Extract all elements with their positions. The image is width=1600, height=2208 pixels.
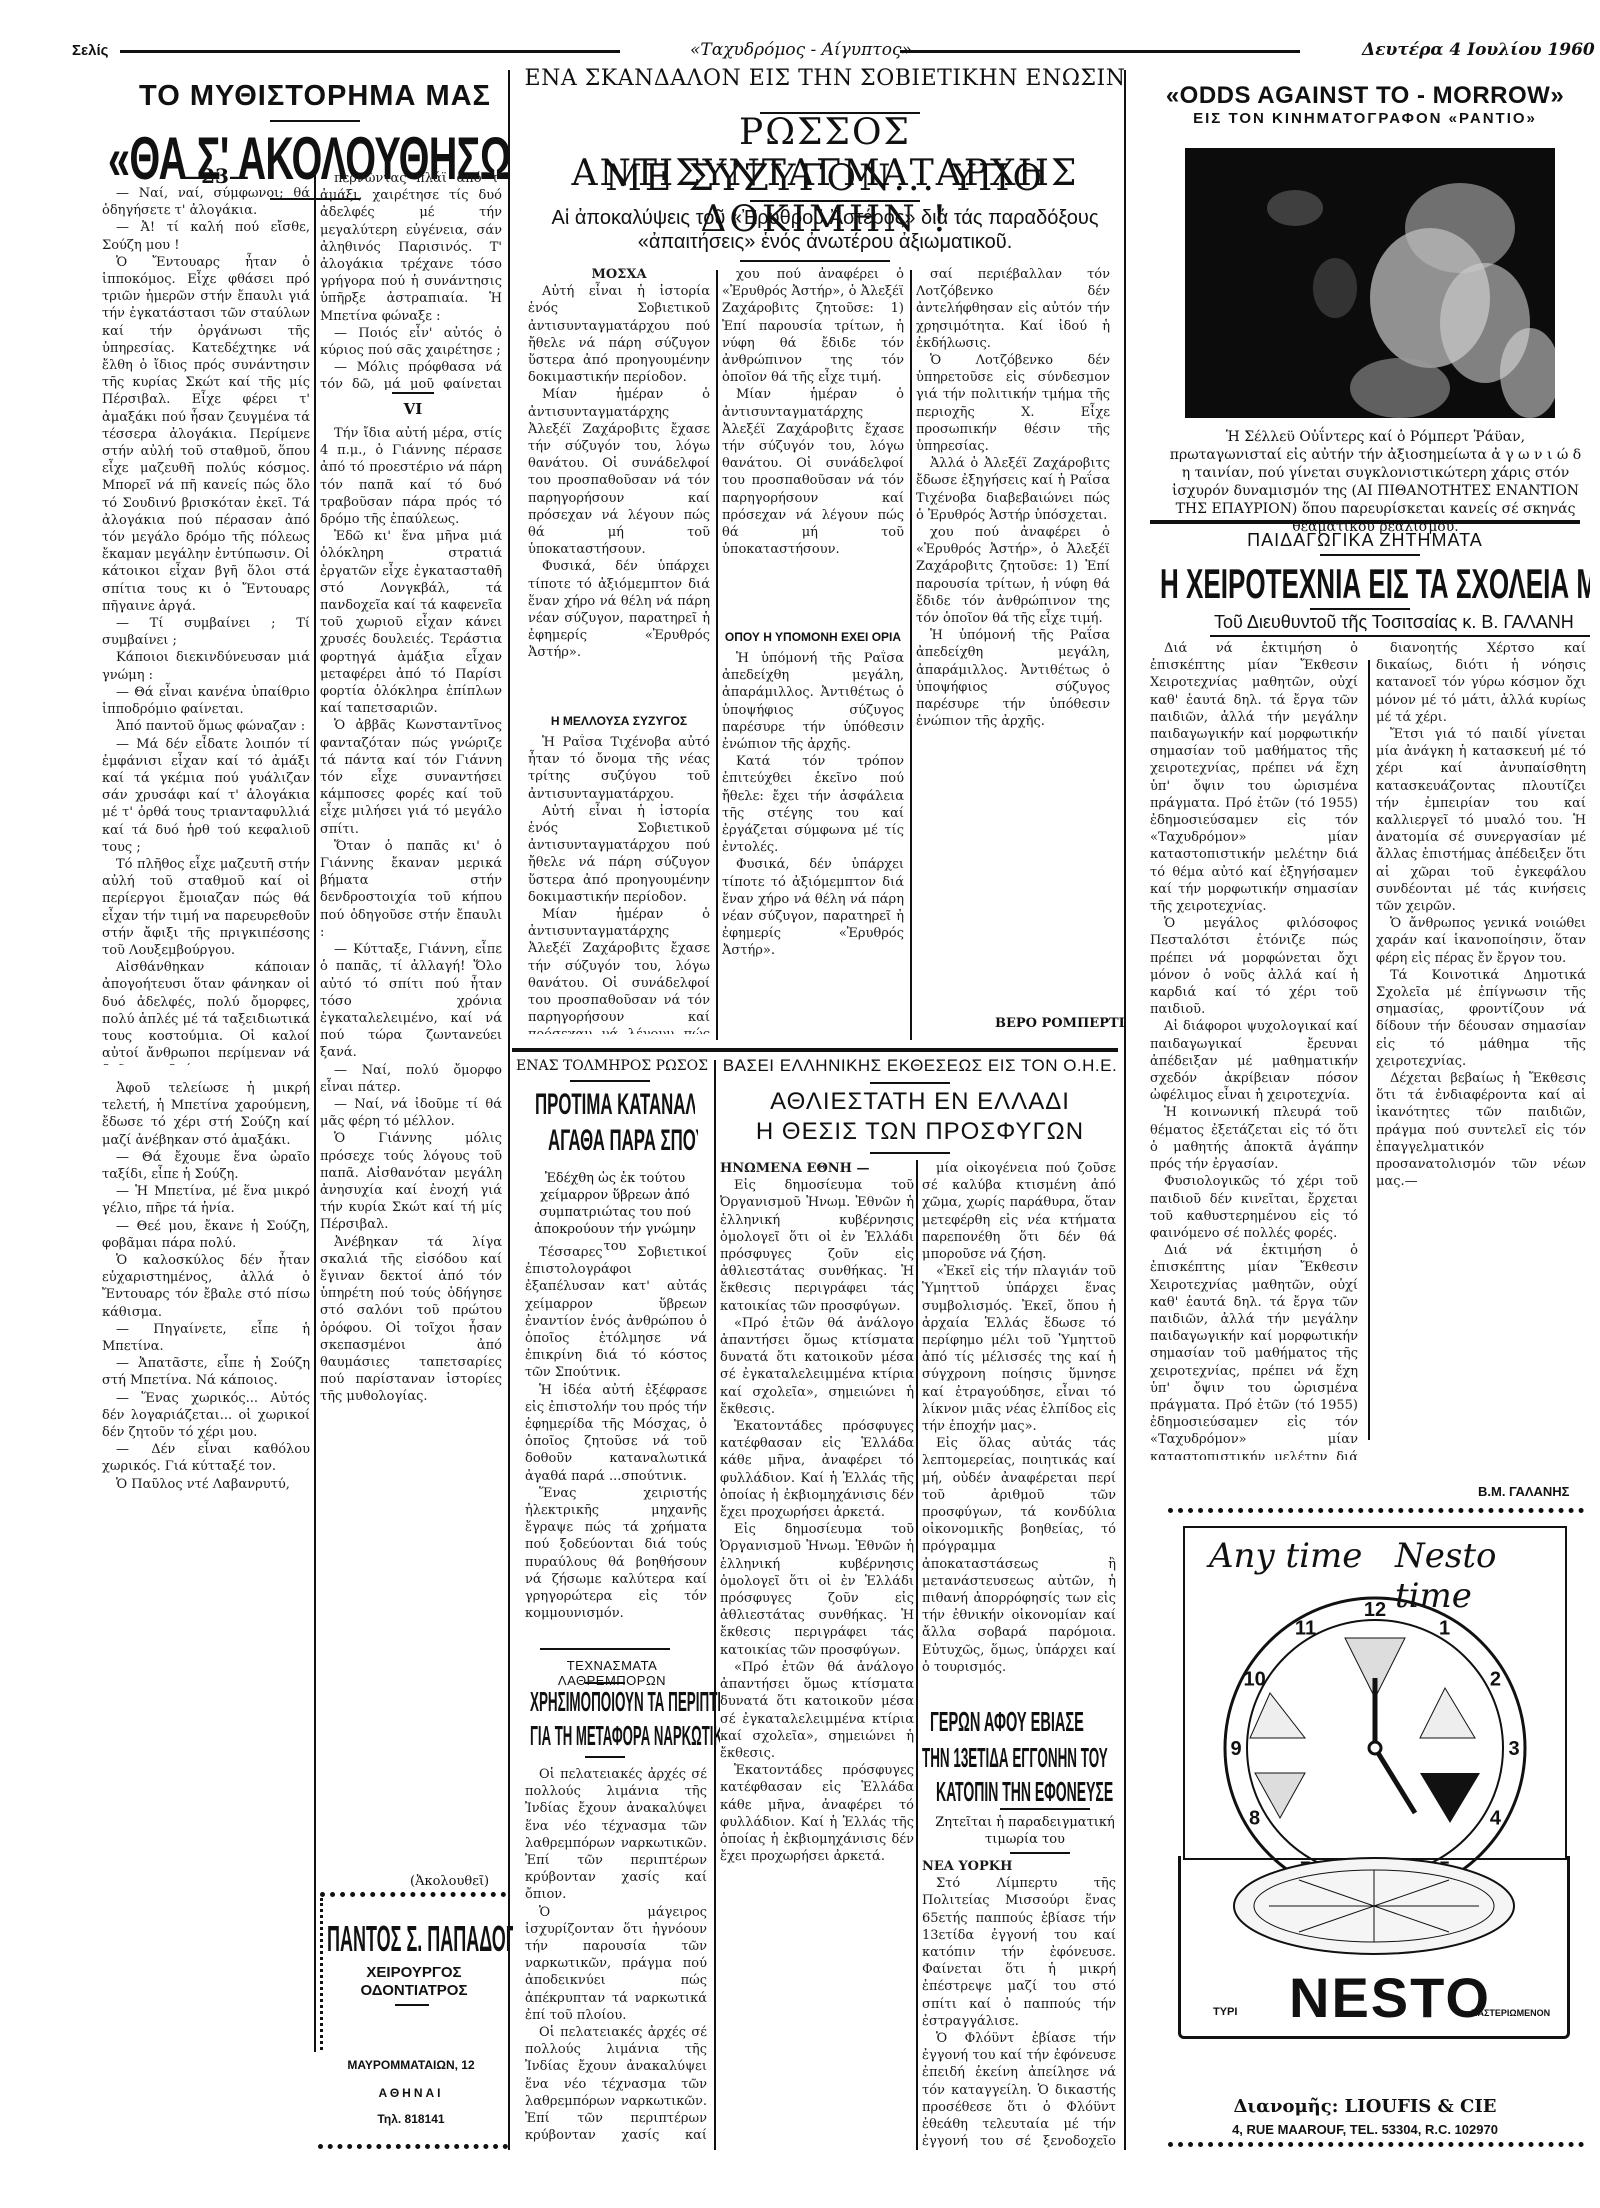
refugees-column-1: ΗΝΩΜΕΝΑ ΕΘΝΗ — Εἰς δημοσίευμα τοῦ Ὀργανι… <box>720 1160 914 2145</box>
clock-number: 2 <box>1490 1669 1501 1691</box>
grandfather-deck: Ζητεῖται ἡ παραδειγματική τιμωρία του <box>930 1814 1120 1848</box>
soviet-subheading-2: ΟΠΟΥ Η ΥΠΟΜΟΝΗ ΕΧΕΙ ΟΡΙΑ <box>722 630 904 644</box>
chapter-rule <box>392 392 434 394</box>
narcotics-paragraph: Ὁ μάγειρος ἰσχυρίζονταν ὅτι ἠγνόουν τήν … <box>525 1904 707 2024</box>
soviet-subhead: Αἱ ἀποκαλύψεις τοῦ «Ἐρυθροῦ Ἀστέρος» διά… <box>520 206 1130 254</box>
soviet-paragraph: Ἡ ὑπόμονή τῆς Ραΐσα ἀπεδείχθη μεγάλη, ἀπ… <box>916 627 1110 730</box>
soviet-column-1b: Ἡ Ραΐσα Τιχένοβα αὐτό ἦταν τό ὄνομα τῆς … <box>528 734 710 1034</box>
clock-face-icon: 121234567891011 <box>1215 1588 1535 1888</box>
sputnik-body: Τέσσαρες Σοβιετικοί ἐπιστολογράφοι ἐξαπέ… <box>525 1244 707 1636</box>
education-byline: Τοῦ Διευθυντοῦ τῆς Τοσιτσαίας κ. Β. ΓΑΛΑ… <box>1214 612 1574 633</box>
clock-number: 8 <box>1249 1808 1260 1830</box>
soviet-paragraph: Φυσικά, δέν ὑπάρχει τίποτε τό ἀξιόμεμπτο… <box>528 558 710 661</box>
novel-column-divider <box>314 172 316 2052</box>
soviet-paragraph: Αὐτή εἶναι ἡ ἱστορία ἑνός Σοβιετικοῦ ἀντ… <box>528 803 710 906</box>
grandfather-body: ΝΕΑ ΥΟΡΚΗ Στό Λίμπερτυ τῆς Πολιτείας Μισ… <box>922 1858 1116 2148</box>
chapter-number: VI <box>380 400 446 418</box>
soviet-paragraph: σαί περιέβαλλαν τόν Λοτζόβενκο δέν ἀντελ… <box>916 266 1110 352</box>
refugees-kicker: ΒΑΣΕΙ ΕΛΛΗΝΙΚΗΣ ΕΚΘΕΣΕΩΣ ΕΙΣ ΤΟΝ Ο.Η.Ε. <box>720 1056 1120 1076</box>
refugees-paragraph: Εἰς δημοσίευμα τοῦ Ὀργανισμοῦ Ἡνωμ. Ἐθνῶ… <box>720 1177 914 1315</box>
education-paragraph: Ὁ μεγάλος φιλόσοφος Πεσταλότσι ἐτόνιζε π… <box>1150 915 1358 1018</box>
soviet-paragraph: Ἡ Ραΐσα Τιχένοβα αὐτό ἦταν τό ὄνομα τῆς … <box>528 734 710 803</box>
refugees-paragraph: Ἑκατοντάδες πρόσφυγες κατέφθασαν εἰς Ἑλλ… <box>720 1418 914 1521</box>
soviet-divider-2 <box>910 270 912 1040</box>
novel-paragraph: — Τί συμβαίνει ; Τί συμβαίνει ; <box>102 615 310 649</box>
nesto-label-right: ΠΑΣΤΕΡΙΩΜΕΝΟΝ <box>1471 2008 1550 2018</box>
soviet-kicker: ΕΝΑ ΣΚΑΝΔΑΛΟΝ ΕΙΣ ΤΗΝ ΣΟΒΙΕΤΙΚΗΝ ΕΝΩΣΙΝ <box>515 66 1135 91</box>
narcotics-headline-2: ΓΙΑ ΤΗ ΜΕΤΑΦΟΡΑ ΝΑΡΚΩΤΙΚΩΝ <box>530 1720 619 1752</box>
refugees-column-2: μία οἰκογένεια πού ζοῦσε σέ καλύβα κτισμ… <box>922 1160 1116 1690</box>
right-section-divider <box>1124 70 1126 2150</box>
education-headline: Η ΧΕΙΡΟΤΕΧΝΙΑ ΕΙΣ ΤΑ ΣΧΟΛΕΙΑ ΜΑΣ <box>1160 560 1427 608</box>
education-divider <box>1368 660 1370 1440</box>
center-lower-divider <box>714 1060 716 2150</box>
novel-paragraph: — Θά εἶναι κανένα ὑπαίθριο ἱπποδρόμιο φα… <box>102 684 310 718</box>
sputnik-deck: Ἐδέχθη ὡς ἐκ τούτου χείμαρρον ὕβρεων ἀπό… <box>525 1170 705 1255</box>
soviet-paragraph: Μίαν ἡμέραν ὁ ἀντισυνταγματάρχης Ἀλεξέϊ … <box>528 906 710 1034</box>
refugees-dateline: ΗΝΩΜΕΝΑ ΕΘΝΗ — <box>720 1160 914 1177</box>
left-section-divider <box>508 70 510 2150</box>
education-column-1: Διά νά ἐκτιμήση ὁ ἐπισκέπτης μίαν Ἔκθεσι… <box>1150 640 1358 1460</box>
novel-kicker-rule <box>270 120 360 122</box>
novel-paragraph: Ἀνέβηκαν τά λίγα σκαλιά τῆς εἰσόδου καί … <box>320 1234 502 1406</box>
novel-paragraph: Ἀπό παντοῦ ὅμως φώναζαν : <box>102 718 310 735</box>
education-paragraph: Φυσιολογικῶς τό χέρι τοῦ παιδιοῦ δέν κιν… <box>1150 1173 1358 1242</box>
novel-paragraph: Ὁ ἀββᾶς Κωνσταντῖνος φανταζόταν πώς γνώρ… <box>320 717 502 837</box>
clock-number: 11 <box>1295 1618 1316 1640</box>
dentist-phone: Τηλ. 818141 <box>320 2112 502 2126</box>
film-still-image <box>1185 148 1555 418</box>
grandfather-headline-2: ΤΗΝ 13ΕΤΙΔΑ ΕΓΓΟΝΗΝ ΤΟΥ <box>922 1742 1016 1774</box>
soviet-dateline: ΜΟΣΧΑ <box>528 266 710 283</box>
soviet-paragraph: Αὐτή εἶναι ἡ ἱστορία ἑνός Σοβιετικοῦ ἀντ… <box>528 283 710 386</box>
sputnik-headline-1: ΠΡΟΤΙΜΑ ΚΑΤΑΝΑΛΩΤΙΚΑ <box>535 1088 625 1122</box>
masthead-rule-left <box>120 50 620 53</box>
sputnik-headline-2: ΑΓΑΘΑ ΠΑΡΑ ΣΠΟΥΤΝΙΚ <box>548 1124 632 1158</box>
narcotics-paragraph: Οἱ πελατειακές ἀρχές σέ πολλούς λιμάνια … <box>525 2024 707 2144</box>
page-date: Δευτέρα 4 Ιουλίου 1960 <box>1362 40 1595 60</box>
novel-paragraph: — Ἕνας χωρικός... Αὐτός δέν λογαριάζεται… <box>102 1390 310 1442</box>
novel-paragraph: Αἰσθάνθηκαν κάποιαν ἀπογοήτευσι ὅταν φάν… <box>102 959 310 1065</box>
novel-paragraph: Ἀφοῦ τελείωσε ἡ μικρή τελετή, ἡ Μπετίνα … <box>102 1080 310 1149</box>
dentist-address: ΜΑΥΡΟΜΜΑΤΑΙΩΝ, 12 <box>320 2058 502 2072</box>
dentist-ad-bottom-border <box>318 2144 508 2149</box>
page-marker: Σελίς <box>72 42 108 59</box>
refugees-paragraph: Εἰς ὅλας αὐτάς τάς λεπτομερείας, ποιητικ… <box>922 1435 1116 1676</box>
cinema-bottom-rule <box>1150 520 1580 524</box>
novel-paragraph: — Μόλις πρόφθασα νά τόν δῶ, μά μοῦ φαίνε… <box>320 359 502 390</box>
clock-number: 3 <box>1508 1738 1519 1760</box>
refugees-paragraph: Ἑκατοντάδες πρόσφυγες κατέφθασαν εἰς Ἑλλ… <box>720 1762 914 1865</box>
soviet-paragraph: Ἀλλά ὁ Ἀλεξέϊ Ζαχάροβιτς ἔδωσε ἐξηγήσεις… <box>916 455 1110 524</box>
narcotics-paragraph: Οἱ πελατειακές ἀρχές σέ πολλούς λιμάνια … <box>525 1766 707 1904</box>
soviet-byline: ΒΕΡΟ ΡΟΜΠΕΡΤΙ <box>995 1016 1125 1031</box>
dentist-city: ΑΘΗΝΑΙ <box>320 2086 502 2100</box>
novel-paragraph: Τήν ἴδια αὐτή μέρα, στίς 4 π.μ., ὁ Γιάνν… <box>320 425 502 528</box>
soviet-paragraph: Κατά τόν τρόπον ἐπιτεύχθει ἐκεῖνο πού ἤθ… <box>722 753 904 856</box>
grandfather-headline-3: ΚΑΤΟΠΙΝ ΤΗΝ ΕΦΟΝΕΥΣΕ <box>936 1776 1028 1808</box>
nesto-cheese-box: ΤΥΡΙ NESTO ΠΑΣΤΕΡΙΩΜΕΝΟΝ <box>1178 1856 1570 2039</box>
grandfather-paragraph: Ὁ Φλόϋντ ἐβίασε τήν ἐγγονή του καί τήν ἐ… <box>922 2030 1116 2148</box>
cheese-portions-icon <box>1229 1856 1519 1966</box>
novel-paragraph: περνῶντας πλάϊ ἀπό τ' ἀμάξι, χαιρέτησε τ… <box>320 170 502 325</box>
soviet-column-1: ΜΟΣΧΑ Αὐτή εἶναι ἡ ἱστορία ἑνός Σοβιετικ… <box>528 266 710 706</box>
refugees-paragraph: «Πρό ἐτῶν θά ἀνάλογο ἀπαντήσει ὅμως κτίσ… <box>720 1659 914 1762</box>
soviet-column-2: χου πού ἀναφέρει ὁ «Ἐρυθρός Ἀστήρ», ὁ Ἀλ… <box>722 266 904 626</box>
novel-column-1b: Ἀφοῦ τελείωσε ἡ μικρή τελετή, ἡ Μπετίνα … <box>102 1080 310 2060</box>
education-paragraph: Αἱ διάφοροι ψυχολογικαί καί παιδαγωγικαί… <box>1150 1018 1358 1104</box>
education-paragraph: Τά Κοινοτικά Δημοτικά Σχολεῖα μέ ἐπίγνωσ… <box>1376 967 1586 1070</box>
novel-paragraph: Ἐδῶ κι' ἕνα μῆνα μιά ὁλόκληρη στρατιά ἐρ… <box>320 528 502 717</box>
novel-paragraph: Κάποιοι διεκινδύνευσαν μιά γνώμη : <box>102 649 310 683</box>
novel-paragraph: Ὁ Ἔντουαρς ἦταν ὁ ἱπποκόμος. Εἶχε φθάσει… <box>102 254 310 615</box>
soviet-column-3: σαί περιέβαλλαν τόν Λοτζόβενκο δέν ἀντελ… <box>916 266 1110 996</box>
novel-paragraph: Ὁ καλοσκύλος δέν ἦταν εὐχαριστημένος, ἀλ… <box>102 1252 310 1321</box>
education-column-2: διανοητής Χέρτσο καί δικαίως, διότι ἡ νό… <box>1376 640 1586 1400</box>
grandfather-paragraph: Στό Λίμπερτυ τῆς Πολιτείας Μισσούρι ἕνας… <box>922 1875 1116 2030</box>
refugees-paragraph: μία οἰκογένεια πού ζοῦσε σέ καλύβα κτισμ… <box>922 1160 1116 1263</box>
refugees-headline-1: ΑΘΛΙΕΣΤΑΤΗ ΕΝ ΕΛΛΑΔΙ <box>720 1088 1120 1116</box>
dentist-ad-top-border <box>320 1892 506 1897</box>
sputnik-paragraph: Ἡ ἰδέα αὐτή ἐξέφρασε εἰς ἐπιστολήν του π… <box>525 1382 707 1485</box>
education-paragraph: Διά νά ἐκτιμήση ὁ ἐπισκέπτης μίαν Ἔκθεσι… <box>1150 1242 1358 1460</box>
novel-paragraph: Ὁ Γιάννης μόλις πρόσεχε τούς λόγους τοῦ … <box>320 1130 502 1233</box>
nesto-script-left: Any time <box>1209 1536 1362 1576</box>
education-signature: Β.Μ. ΓΑΛΑΝΗΣ <box>1478 1484 1569 1499</box>
soviet-paragraph: Ὁ Λοτζόβενκο δέν ὑπηρετοῦσε εἰς σύνδεσμο… <box>916 352 1110 455</box>
clock-number: 9 <box>1230 1738 1241 1760</box>
soviet-paragraph: χου πού ἀναφέρει ὁ «Ἐρυθρός Ἀστήρ», ὁ Ἀλ… <box>916 524 1110 627</box>
clock-number: 10 <box>1243 1669 1265 1691</box>
soviet-headline-rule <box>750 200 920 202</box>
refugees-headline-2: Η ΘΕΣΙΣ ΤΩΝ ΠΡΟΣΦΥΓΩΝ <box>720 1118 1120 1146</box>
novel-paragraph: Ὅταν ὁ παπᾶς κι' ὁ Γιάννης ἔκαναν μερικά… <box>320 838 502 941</box>
novel-continued: (Ἀκολουθεῖ) <box>410 1874 489 1889</box>
narcotics-body: Οἱ πελατειακές ἀρχές σέ πολλούς λιμάνια … <box>525 1766 707 2144</box>
novel-column-2: περνῶντας πλάϊ ἀπό τ' ἀμάξι, χαιρέτησε τ… <box>320 170 502 390</box>
education-bottom-border <box>1168 1508 1584 1513</box>
novel-paragraph: — Ἀπατᾶστε, εἶπε ἡ Σούζη στή Μπετίνα. Νά… <box>102 1355 310 1389</box>
refugees-paragraph: Εἰς δημοσίευμα τοῦ Ὀργανισμοῦ Ἡνωμ. Ἐθνῶ… <box>720 1521 914 1659</box>
novel-column-1: — Ναί, ναί, σύμφωνοι; θά ὁδηγήσετε τ' ἀλ… <box>102 185 310 1065</box>
soviet-subheading-1: Η ΜΕΛΛΟΥΣΑ ΣΥΖΥΓΟΣ <box>528 714 710 728</box>
paper-name: «Ταχυδρόμος - Αίγυπτος» <box>690 40 912 60</box>
masthead-rule-right <box>900 50 1300 53</box>
novel-paragraph: — Πηγαίνετε, εἶπε ἡ Μπετίνα. <box>102 1321 310 1355</box>
dentist-name: ΠΑΝΤΟΣ Σ. ΠΑΠΑΔΟΠΟΥΛΟΣ <box>327 1918 420 1958</box>
clock-number: 1 <box>1439 1618 1450 1640</box>
soviet-paragraph: Μίαν ἡμέραν ὁ ἀντισυνταγματάρχης Ἀλεξέϊ … <box>722 386 904 558</box>
novel-paragraph: — Δέν εἶναι καθόλου χωρικός. Γιά κύτταξέ… <box>102 1441 310 1475</box>
soviet-paragraph: χου πού ἀναφέρει ὁ «Ἐρυθρός Ἀστήρ», ὁ Ἀλ… <box>722 266 904 386</box>
refugees-paragraph: «Πρό ἐτῶν θά ἀνάλογο ἀπαντήσει ὅμως κτίσ… <box>720 1315 914 1418</box>
education-paragraph: Διά νά ἐκτιμήση ὁ ἐπισκέπτης μίαν Ἔκθεσι… <box>1150 640 1358 915</box>
nesto-distributor: Διανομῆς: LIOUFIS & CIE <box>1140 2096 1590 2117</box>
novel-paragraph: — Ποιός εἶν' αὐτός ὁ κύριος πού σᾶς χαιρ… <box>320 325 502 359</box>
education-paragraph: Δέχεται βεβαίως ἡ Ἔκθεσις ὅτι τά ἐνδιαφέ… <box>1376 1070 1586 1190</box>
nesto-address: 4, RUE MAAROUF, TEL. 53304, R.C. 102970 <box>1140 2122 1590 2137</box>
education-paragraph: διανοητής Χέρτσο καί δικαίως, διότι ἡ νό… <box>1376 640 1586 726</box>
novel-paragraph: — Θεέ μου, ἔκανε ἡ Σούζη, φοβᾶμαι πάρα π… <box>102 1218 310 1252</box>
film-still-photo <box>1185 148 1555 418</box>
novel-paragraph: — Ἀ! τί καλή πού εἴσθε, Σούζη μου ! <box>102 219 310 253</box>
soviet-paragraph: Μίαν ἡμέραν ὁ ἀντισυνταγματάρχης Ἀλεξέϊ … <box>528 386 710 558</box>
grandfather-dateline: ΝΕΑ ΥΟΡΚΗ <box>922 1858 1116 1875</box>
sputnik-paragraph: Τέσσαρες Σοβιετικοί ἐπιστολογράφοι ἐξαπέ… <box>525 1244 707 1382</box>
narcotics-headline-1: ΧΡΗΣΙΜΟΠΟΙΟΥΝ ΤΑ ΠΕΡΙΠΤΕΡΑ <box>530 1686 621 1718</box>
nesto-brand: NESTO <box>1289 1968 1491 2028</box>
nesto-clock-box: Any time Nesto time 121234567891011 <box>1183 1526 1567 1860</box>
novel-paragraph: — Ναί, πολύ ὄμορφο εἶναι πάτερ. <box>320 1062 502 1096</box>
refugees-paragraph: «Ἐκεῖ εἰς τήν πλαγιάν τοῦ Ὑμηττοῦ ὑπάρχε… <box>922 1263 1116 1435</box>
education-paragraph: Ἔτσι γιά τό παιδί γίνεται μία ἀνάγκη ἡ κ… <box>1376 726 1586 915</box>
clock-number: 4 <box>1490 1808 1502 1830</box>
education-kicker: ΠΑΙΔΑΓΩΓΙΚΑ ΖΗΤΗΜΑΤΑ <box>1135 530 1595 551</box>
novel-paragraph: Τό πλῆθος εἶχε μαζευτῆ στήν αὐλή τοῦ στα… <box>102 856 310 959</box>
novel-kicker: ΤΟ ΜΥΘΙΣΤΟΡΗΜΑ ΜΑΣ <box>130 80 500 113</box>
cinema-title: «ODDS AGAINST TO - MORROW» <box>1135 82 1595 110</box>
center-section-break <box>512 1048 1118 1052</box>
novel-paragraph: Ὁ Παῦλος ντέ Λαβανρυτύ, <box>102 1476 310 1493</box>
sputnik-kicker: ΕΝΑΣ ΤΟΛΜΗΡΟΣ ΡΩΣΟΣ <box>512 1058 712 1074</box>
education-paragraph: Ὁ ἄνθρωπος γενικά νοιώθει χαράν καί ἱκαν… <box>1376 915 1586 967</box>
novel-paragraph: — Ναί, ναί, σύμφωνοι; θά ὁδηγήσετε τ' ἀλ… <box>102 185 310 219</box>
novel-column-2b: Τήν ἴδια αὐτή μέρα, στίς 4 π.μ., ὁ Γιάνν… <box>320 425 502 1865</box>
soviet-column-2b: Ἡ ὑπόμονή τῆς Ραΐσα ἀπεδείχθη μεγάλη, ἀπ… <box>722 650 904 1034</box>
refugees-divider <box>916 1160 918 2150</box>
cinema-subtitle: ΕΙΣ ΤΟΝ ΚΙΝΗΜΑΤΟΓΡΑΦΟΝ «ΡΑΝΤΙΟ» <box>1135 110 1595 127</box>
soviet-paragraph: Ἡ ὑπόμονή τῆς Ραΐσα ἀπεδείχθη μεγάλη, ἀπ… <box>722 650 904 753</box>
novel-paragraph: — Μά δέν εἶδατε λοιπόν τί ἐμφάνισι εἶχαν… <box>102 736 310 856</box>
clock-number: 12 <box>1364 1599 1386 1621</box>
soviet-paragraph: Φυσικά, δέν ὑπάρχει τίποτε τό ἀξιόμεμπτο… <box>722 856 904 959</box>
novel-paragraph: — Θά ἔχουμε ἕνα ὡραῖο ταξίδι, εἶπε ἡ Σού… <box>102 1149 310 1183</box>
novel-paragraph: — Ναί, νά ἰδοῦμε τί θά μᾶς φέρη τό μέλλο… <box>320 1096 502 1130</box>
sputnik-paragraph: Ἕνας χειριστής ἠλεκτρικῆς μηχανῆς ἔγραψε… <box>525 1485 707 1623</box>
dentist-ad: ΠΑΝΤΟΣ Σ. ΠΑΠΑΔΟΠΟΥΛΟΣ ΧΕΙΡΟΥΡΓΟΣ ΟΔΟΝΤΙ… <box>320 1898 505 2050</box>
education-paragraph: Ἡ κοινωνική πλευρά τοῦ θέματος ἐξετάζετα… <box>1150 1104 1358 1173</box>
nesto-bottom-border <box>1168 2142 1584 2147</box>
grandfather-headline-1: ΓΕΡΩΝ ΑΦΟΥ ΕΒΙΑΣΕ <box>930 1706 1029 1738</box>
novel-paragraph: — Κύτταξε, Γιάννη, εἶπε ὁ παπᾶς, τί ἀλλα… <box>320 941 502 1061</box>
soviet-subhead-rule <box>740 260 890 262</box>
novel-paragraph: — Ἡ Μπετίνα, μέ ἕνα μικρό γέλιο, πῆρε τά… <box>102 1183 310 1217</box>
dentist-profession-1: ΧΕΙΡΟΥΡΓΟΣ <box>323 1964 505 1981</box>
soviet-divider-1 <box>716 270 718 1040</box>
dentist-profession-2: ΟΔΟΝΤΙΑΤΡΟΣ <box>323 1982 505 1999</box>
nesto-label-left: ΤΥΡΙ <box>1213 2006 1237 2018</box>
